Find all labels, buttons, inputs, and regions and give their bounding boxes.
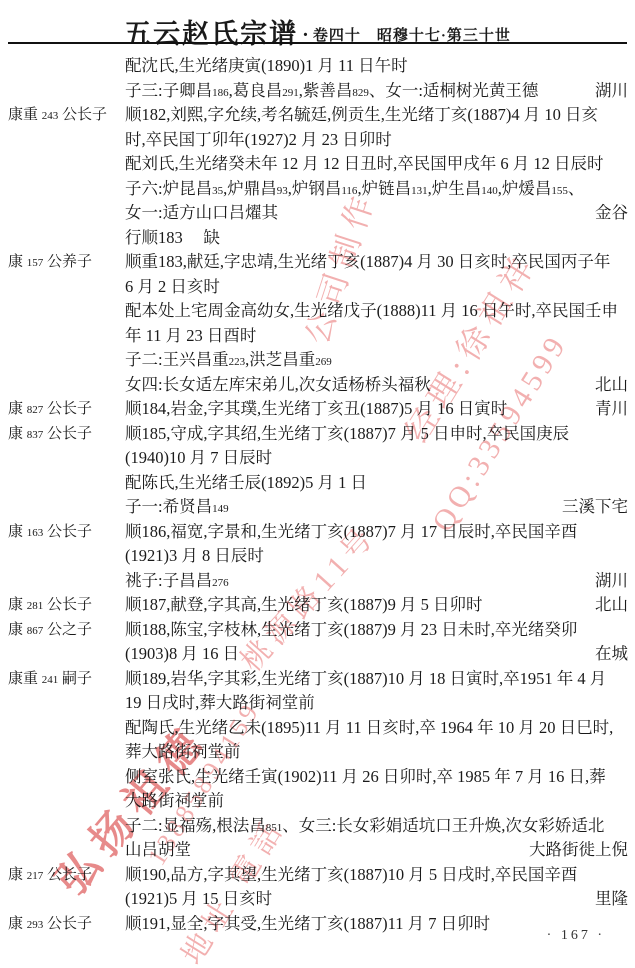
genealogy-line: 配刘氏,生光绪癸未年 12 月 12 日丑时,卒民国甲戌年 6 月 12 日辰时: [125, 152, 628, 177]
line-text: 配刘氏,生光绪癸未年 12 月 12 日丑时,卒民国甲戌年 6 月 12 日辰时: [125, 152, 604, 177]
line-text: 侧室张氏,生光绪壬寅(1902)11 月 26 日卯时,卒 1985 年 7 月…: [125, 765, 606, 790]
genealogy-line: 顺186,福宽,字景和,生光绪丁亥(1887)7 月 17 日辰时,卒民国辛酉: [125, 520, 628, 545]
genealogy-line: 子六:炉昆昌35,炉鼎昌93,炉钢昌116,炉链昌131,炉生昌140,炉煖昌1…: [125, 177, 628, 202]
line-text: 配本处上宅周金高幼女,生光绪戊子(1888)11 月 16 日午时,卒民国壬申: [125, 299, 618, 324]
genealogy-line: 女一:适方山口吕燿其金谷: [125, 201, 628, 226]
line-text: 女一:适方山口吕燿其: [125, 201, 278, 226]
genealogy-line: 19 日戌时,葬大路街祠堂前: [125, 691, 628, 716]
genealogy-line: 配沈氏,生光绪庚寅(1890)1 月 11 日午时: [125, 54, 628, 79]
genealogy-line: (1940)10 月 7 日辰时: [125, 446, 628, 471]
place-name: 金谷: [595, 201, 628, 226]
line-text: 顺190,品方,字其望,生光绪丁亥(1887)10 月 5 日戌时,卒民国辛酉: [125, 863, 577, 888]
line-text: (1940)10 月 7 日辰时: [125, 446, 272, 471]
line-text: 顺189,岩华,字其彩,生光绪丁亥(1887)10 月 18 日寅时,卒1951…: [125, 667, 606, 692]
line-text: 配沈氏,生光绪庚寅(1890)1 月 11 日午时: [125, 54, 408, 79]
genealogy-line: 行顺183 缺: [125, 226, 628, 251]
genealogy-line: (1921)3 月 8 日辰时: [125, 544, 628, 569]
margin-label: 康 157 公养子: [8, 250, 116, 276]
line-text: 顺186,福宽,字景和,生光绪丁亥(1887)7 月 17 日辰时,卒民国辛酉: [125, 520, 577, 545]
genealogy-line: 大路街祠堂前: [125, 789, 628, 814]
margin-label: 康 867 公之子: [8, 618, 116, 644]
genealogy-line: 子二:显福殇,根法昌851、女三:长女彩娟适坑口王升焕,次女彩娇适北: [125, 814, 628, 839]
genealogy-text-column: 配沈氏,生光绪庚寅(1890)1 月 11 日午时子三:子卿昌186,葛良昌29…: [125, 54, 628, 936]
place-name: 大路街徙上倪: [529, 838, 628, 863]
genealogy-line: 时,卒民国丁卯年(1927)2 月 23 日卯时: [125, 128, 628, 153]
margin-label: 康 827 公长子: [8, 397, 116, 423]
genealogy-line: 顺重183,献廷,字忠靖,生光绪丁亥(1887)4 月 30 日亥时,卒民国丙子…: [125, 250, 628, 275]
genealogy-line: 子三:子卿昌186,葛良昌291,紫善昌829、女一:适桐树光黄王德湖川: [125, 79, 628, 104]
genealogy-line: 顺185,守成,字其绍,生光绪丁亥(1887)7 月 5 日申时,卒民国庚辰: [125, 422, 628, 447]
line-text: 子二:王兴昌重223,洪芝昌重269: [125, 348, 332, 373]
page-title: 五云赵氏宗谱: [124, 19, 298, 49]
place-name: 湖川: [595, 569, 628, 594]
margin-label: 康 163 公长子: [8, 520, 116, 546]
line-text: 子二:显福殇,根法昌851、女三:长女彩娟适坑口王升焕,次女彩娇适北: [125, 814, 604, 839]
genealogy-line: 年 11 月 23 日酉时: [125, 324, 628, 349]
place-name: 三溪下宅: [562, 495, 628, 520]
line-text: 6 月 2 日亥时: [125, 275, 220, 300]
line-text: 顺184,岩金,字其璞,生光绪丁亥丑(1887)5 月 16 日寅时: [125, 397, 507, 422]
margin-label: 康 293 公长子: [8, 912, 116, 938]
genealogy-line: 配陶氏,生光绪乙未(1895)11 月 11 日亥时,卒 1964 年 10 月…: [125, 716, 628, 741]
place-name: 在城: [595, 642, 628, 667]
line-text: 祧子:子昌昌276: [125, 569, 229, 594]
genealogy-line: 配陈氏,生光绪壬辰(1892)5 月 1 日: [125, 471, 628, 496]
genealogy-page: 公司制作 经理:徐祖祥 QQ:33594599 桃源路11号 138858941…: [0, 0, 635, 968]
header-divider: [8, 42, 627, 44]
line-text: 顺重183,献廷,字忠靖,生光绪丁亥(1887)4 月 30 日亥时,卒民国丙子…: [125, 250, 610, 275]
genealogy-line: (1921)5 月 15 日亥时里隆: [125, 887, 628, 912]
page-header: 五云赵氏宗谱·卷四十 昭穆十七·第三十世: [0, 12, 635, 51]
line-text: 顺182,刘熙,字允续,考名毓廷,例贡生,生光绪丁亥(1887)4 月 10 日…: [125, 103, 598, 128]
place-name: 青川: [595, 397, 628, 422]
genealogy-line: 顺188,陈宝,字枝林,生光绪丁亥(1887)9 月 23 日未时,卒光绪癸卯: [125, 618, 628, 643]
genealogy-line: 顺190,品方,字其望,生光绪丁亥(1887)10 月 5 日戌时,卒民国辛酉: [125, 863, 628, 888]
genealogy-line: 女四:长女适左库宋弟儿,次女适杨桥头福秋北山: [125, 373, 628, 398]
genealogy-line: 葬大路街祠堂前: [125, 740, 628, 765]
margin-label: 康 837 公长子: [8, 422, 116, 448]
line-text: 时,卒民国丁卯年(1927)2 月 23 日卯时: [125, 128, 392, 153]
line-text: 配陈氏,生光绪壬辰(1892)5 月 1 日: [125, 471, 367, 496]
line-text: 顺187,献登,字其高,生光绪丁亥(1887)9 月 5 日卯时: [125, 593, 483, 618]
place-name: 北山: [595, 593, 628, 618]
line-text: 配陶氏,生光绪乙未(1895)11 月 11 日亥时,卒 1964 年 10 月…: [125, 716, 613, 741]
page-number: · 167 ·: [547, 928, 605, 944]
line-text: 行顺183 缺: [125, 226, 220, 251]
line-text: 顺188,陈宝,字枝林,生光绪丁亥(1887)9 月 23 日未时,卒光绪癸卯: [125, 618, 577, 643]
line-text: 山吕胡堂: [125, 838, 191, 863]
line-text: (1903)8 月 16 日: [125, 642, 239, 667]
place-name: 里隆: [595, 887, 628, 912]
margin-label: 康 217 公长子: [8, 863, 116, 889]
line-text: 子三:子卿昌186,葛良昌291,紫善昌829、女一:适桐树光黄王德: [125, 79, 538, 104]
genealogy-line: (1903)8 月 16 日在城: [125, 642, 628, 667]
line-text: (1921)3 月 8 日辰时: [125, 544, 264, 569]
genealogy-line: 6 月 2 日亥时: [125, 275, 628, 300]
line-text: 女四:长女适左库宋弟儿,次女适杨桥头福秋: [125, 373, 431, 398]
line-text: 顺185,守成,字其绍,生光绪丁亥(1887)7 月 5 日申时,卒民国庚辰: [125, 422, 569, 447]
genealogy-line: 祧子:子昌昌276湖川: [125, 569, 628, 594]
margin-label: 康重 241 嗣子: [8, 667, 116, 693]
line-text: 年 11 月 23 日酉时: [125, 324, 256, 349]
genealogy-line: 顺182,刘熙,字允续,考名毓廷,例贡生,生光绪丁亥(1887)4 月 10 日…: [125, 103, 628, 128]
genealogy-line: 侧室张氏,生光绪壬寅(1902)11 月 26 日卯时,卒 1985 年 7 月…: [125, 765, 628, 790]
genealogy-line: 配本处上宅周金高幼女,生光绪戊子(1888)11 月 16 日午时,卒民国壬申: [125, 299, 628, 324]
line-text: 子一:希贤昌149: [125, 495, 229, 520]
genealogy-line: 山吕胡堂大路街徙上倪: [125, 838, 628, 863]
margin-label: 康 281 公长子: [8, 593, 116, 619]
line-text: 葬大路街祠堂前: [125, 740, 241, 765]
genealogy-line: 子一:希贤昌149三溪下宅: [125, 495, 628, 520]
line-text: (1921)5 月 15 日亥时: [125, 887, 272, 912]
line-text: 顺191,显全,字其受,生光绪丁亥(1887)11 月 7 日卯时: [125, 912, 490, 937]
genealogy-line: 顺184,岩金,字其璞,生光绪丁亥丑(1887)5 月 16 日寅时青川: [125, 397, 628, 422]
genealogy-line: 子二:王兴昌重223,洪芝昌重269: [125, 348, 628, 373]
margin-label: 康重 243 公长子: [8, 103, 116, 129]
place-name: 北山: [595, 373, 628, 398]
genealogy-line: 顺189,岩华,字其彩,生光绪丁亥(1887)10 月 18 日寅时,卒1951…: [125, 667, 628, 692]
genealogy-line: 顺187,献登,字其高,生光绪丁亥(1887)9 月 5 日卯时北山: [125, 593, 628, 618]
line-text: 大路街祠堂前: [125, 789, 224, 814]
line-text: 子六:炉昆昌35,炉鼎昌93,炉钢昌116,炉链昌131,炉生昌140,炉煖昌1…: [125, 177, 584, 202]
place-name: 湖川: [595, 79, 628, 104]
line-text: 19 日戌时,葬大路街祠堂前: [125, 691, 315, 716]
